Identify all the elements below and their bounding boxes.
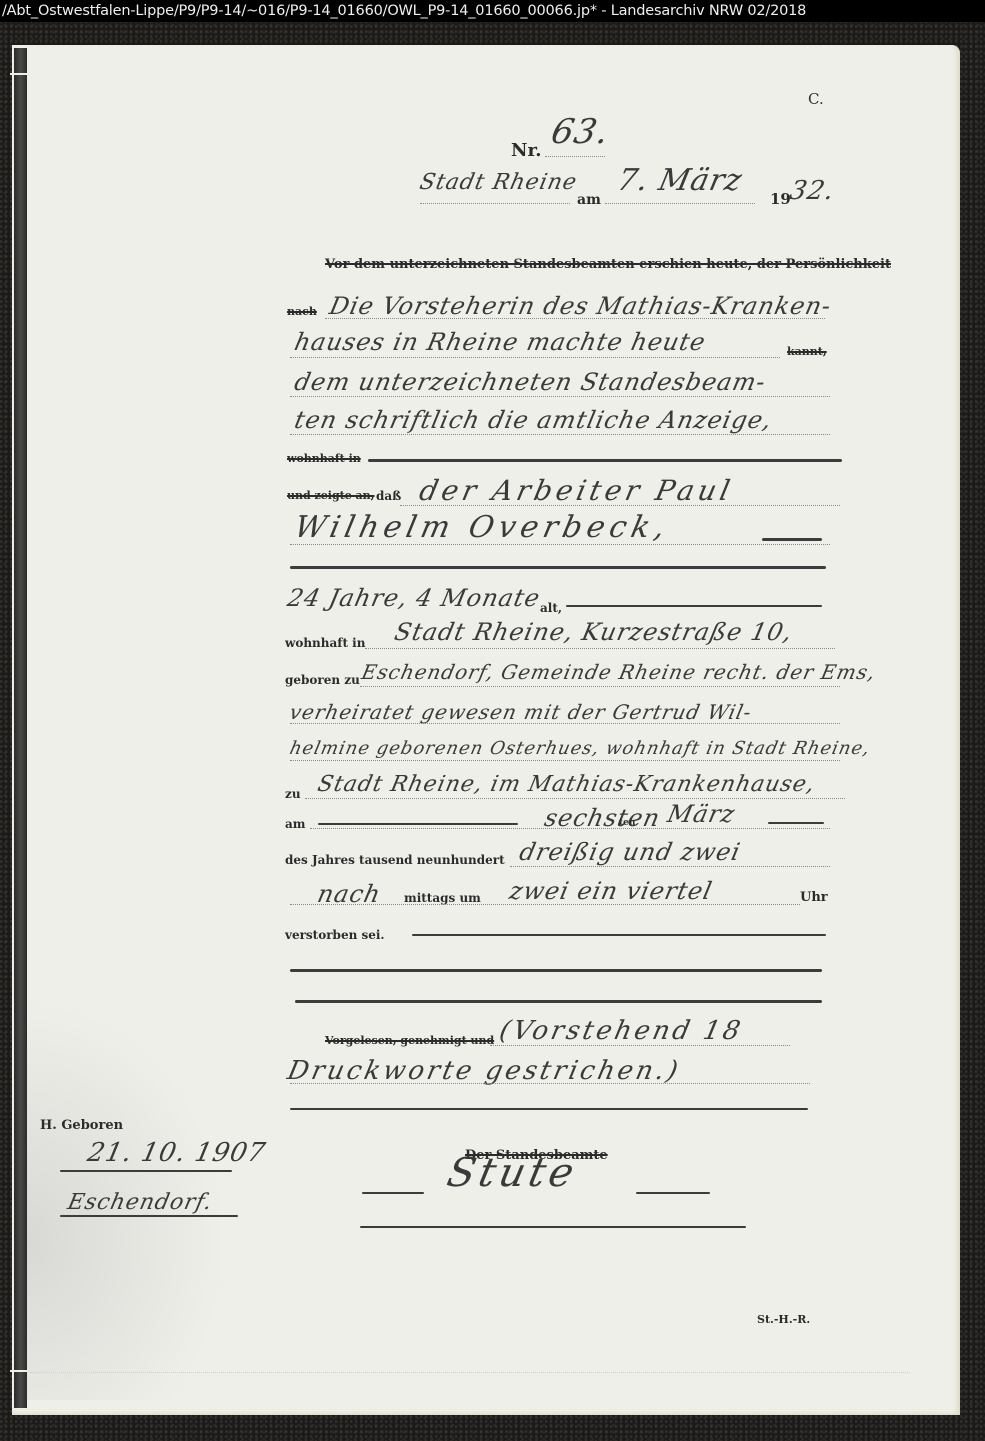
rule <box>400 505 840 506</box>
line2-text: hauses in Rheine machte heute <box>292 328 709 356</box>
remark-line2: Druckworte gestrichen.) <box>285 1056 684 1086</box>
age-label: alt, <box>540 601 562 615</box>
residence-value: Stadt Rheine, Kurzestraße 10, <box>392 618 795 646</box>
married-line1: verheiratet gewesen mit der Gertrud Wil- <box>287 700 754 724</box>
rule <box>290 544 830 545</box>
announce-label-struck: und zeigte an, <box>287 489 375 502</box>
line2-suffix: kannt, <box>787 345 827 358</box>
rule <box>325 318 825 319</box>
announce-label: daß <box>376 489 401 503</box>
rule <box>30 1372 910 1373</box>
rule <box>318 823 518 825</box>
margin-date: 21. 10. 1907 <box>85 1138 269 1168</box>
line4-text: ten schriftlich die amtliche Anzeige, <box>292 406 775 434</box>
rule <box>290 1108 808 1110</box>
remark-line1: (Vorstehend 18 <box>497 1016 746 1046</box>
married-line2: helmine geborenen Osterhues, wohnhaft in… <box>288 738 872 759</box>
rule <box>310 828 830 829</box>
official-signature: Stute <box>443 1150 582 1196</box>
residence-label-struck: wohnhaft in <box>287 452 361 465</box>
rule <box>60 1170 232 1172</box>
rule <box>290 904 800 905</box>
footer-mark: St.-H.-R. <box>757 1313 810 1326</box>
rule <box>290 396 830 397</box>
rule <box>605 203 755 204</box>
binding-gap <box>10 73 28 75</box>
rule <box>290 566 826 569</box>
deceased-line2: Wilhelm Overbeck, <box>291 510 673 545</box>
rule <box>60 1215 238 1217</box>
rule <box>368 459 842 462</box>
year-label: des Jahres tausend neunhundert <box>285 853 505 867</box>
rule <box>510 866 830 867</box>
rule <box>545 156 605 157</box>
rule <box>490 1045 790 1046</box>
rule <box>305 798 845 799</box>
rule <box>290 434 830 435</box>
rule <box>290 1083 810 1084</box>
rule <box>420 203 570 204</box>
line1-text: Die Vorsteherin des Mathias-Kranken- <box>327 292 834 320</box>
place-value: Stadt Rheine <box>417 170 579 195</box>
rule <box>768 822 824 824</box>
number-value: 63. <box>548 112 614 152</box>
time-suffix: Uhr <box>800 890 828 905</box>
day-suffix: ten <box>619 818 635 828</box>
died-label: verstorben sei. <box>285 928 385 942</box>
window-title: /Abt_Ostwestfalen-Lippe/P9/P9-14/~016/P9… <box>0 0 985 22</box>
line3-text: dem unterzeichneten Standesbeam- <box>292 368 769 396</box>
rule <box>412 934 826 936</box>
margin-label: H. Geboren <box>40 1118 123 1133</box>
place-label: zu <box>285 787 301 801</box>
number-label: Nr. <box>511 140 542 161</box>
rule <box>295 1000 822 1003</box>
rule <box>362 1192 424 1194</box>
born-value: Eschendorf, Gemeinde Rheine recht. der E… <box>359 660 878 684</box>
date-label: am <box>577 192 601 208</box>
rule <box>762 538 822 541</box>
rule <box>290 723 840 724</box>
intro-struck: Vor dem unterzeichneten Standesbeamten e… <box>325 257 891 272</box>
rule <box>290 969 822 972</box>
binding-edge <box>14 48 27 1408</box>
place-of-death: Stadt Rheine, im Mathias-Krankenhause, <box>315 772 817 797</box>
born-label: geboren zu <box>285 673 360 687</box>
year-suffix: 32. <box>787 176 838 206</box>
day-label: am <box>285 817 305 831</box>
month-value: März <box>665 800 738 828</box>
rule <box>290 357 780 358</box>
date-value: 7. März <box>614 163 745 198</box>
rule <box>290 760 840 761</box>
corner-mark: C. <box>808 90 824 108</box>
deceased-line1: der Arbeiter Paul <box>416 474 736 507</box>
rule <box>360 686 840 687</box>
rule <box>365 648 835 649</box>
year-value: dreißig und zwei <box>517 838 743 866</box>
age-value: 24 Jahre, 4 Monate <box>285 584 543 612</box>
rule <box>636 1192 710 1194</box>
line1-prefix: nach <box>287 305 317 318</box>
read-label-struck: Vorgelesen, genehmigt und <box>325 1034 494 1047</box>
time-value: zwei ein viertel <box>507 877 715 905</box>
margin-place: Eschendorf. <box>65 1190 215 1215</box>
residence-label: wohnhaft in <box>285 636 365 650</box>
rule <box>360 1226 746 1228</box>
rule <box>566 605 822 607</box>
binding-gap <box>10 1370 28 1372</box>
time-label: mittags um <box>404 891 481 905</box>
